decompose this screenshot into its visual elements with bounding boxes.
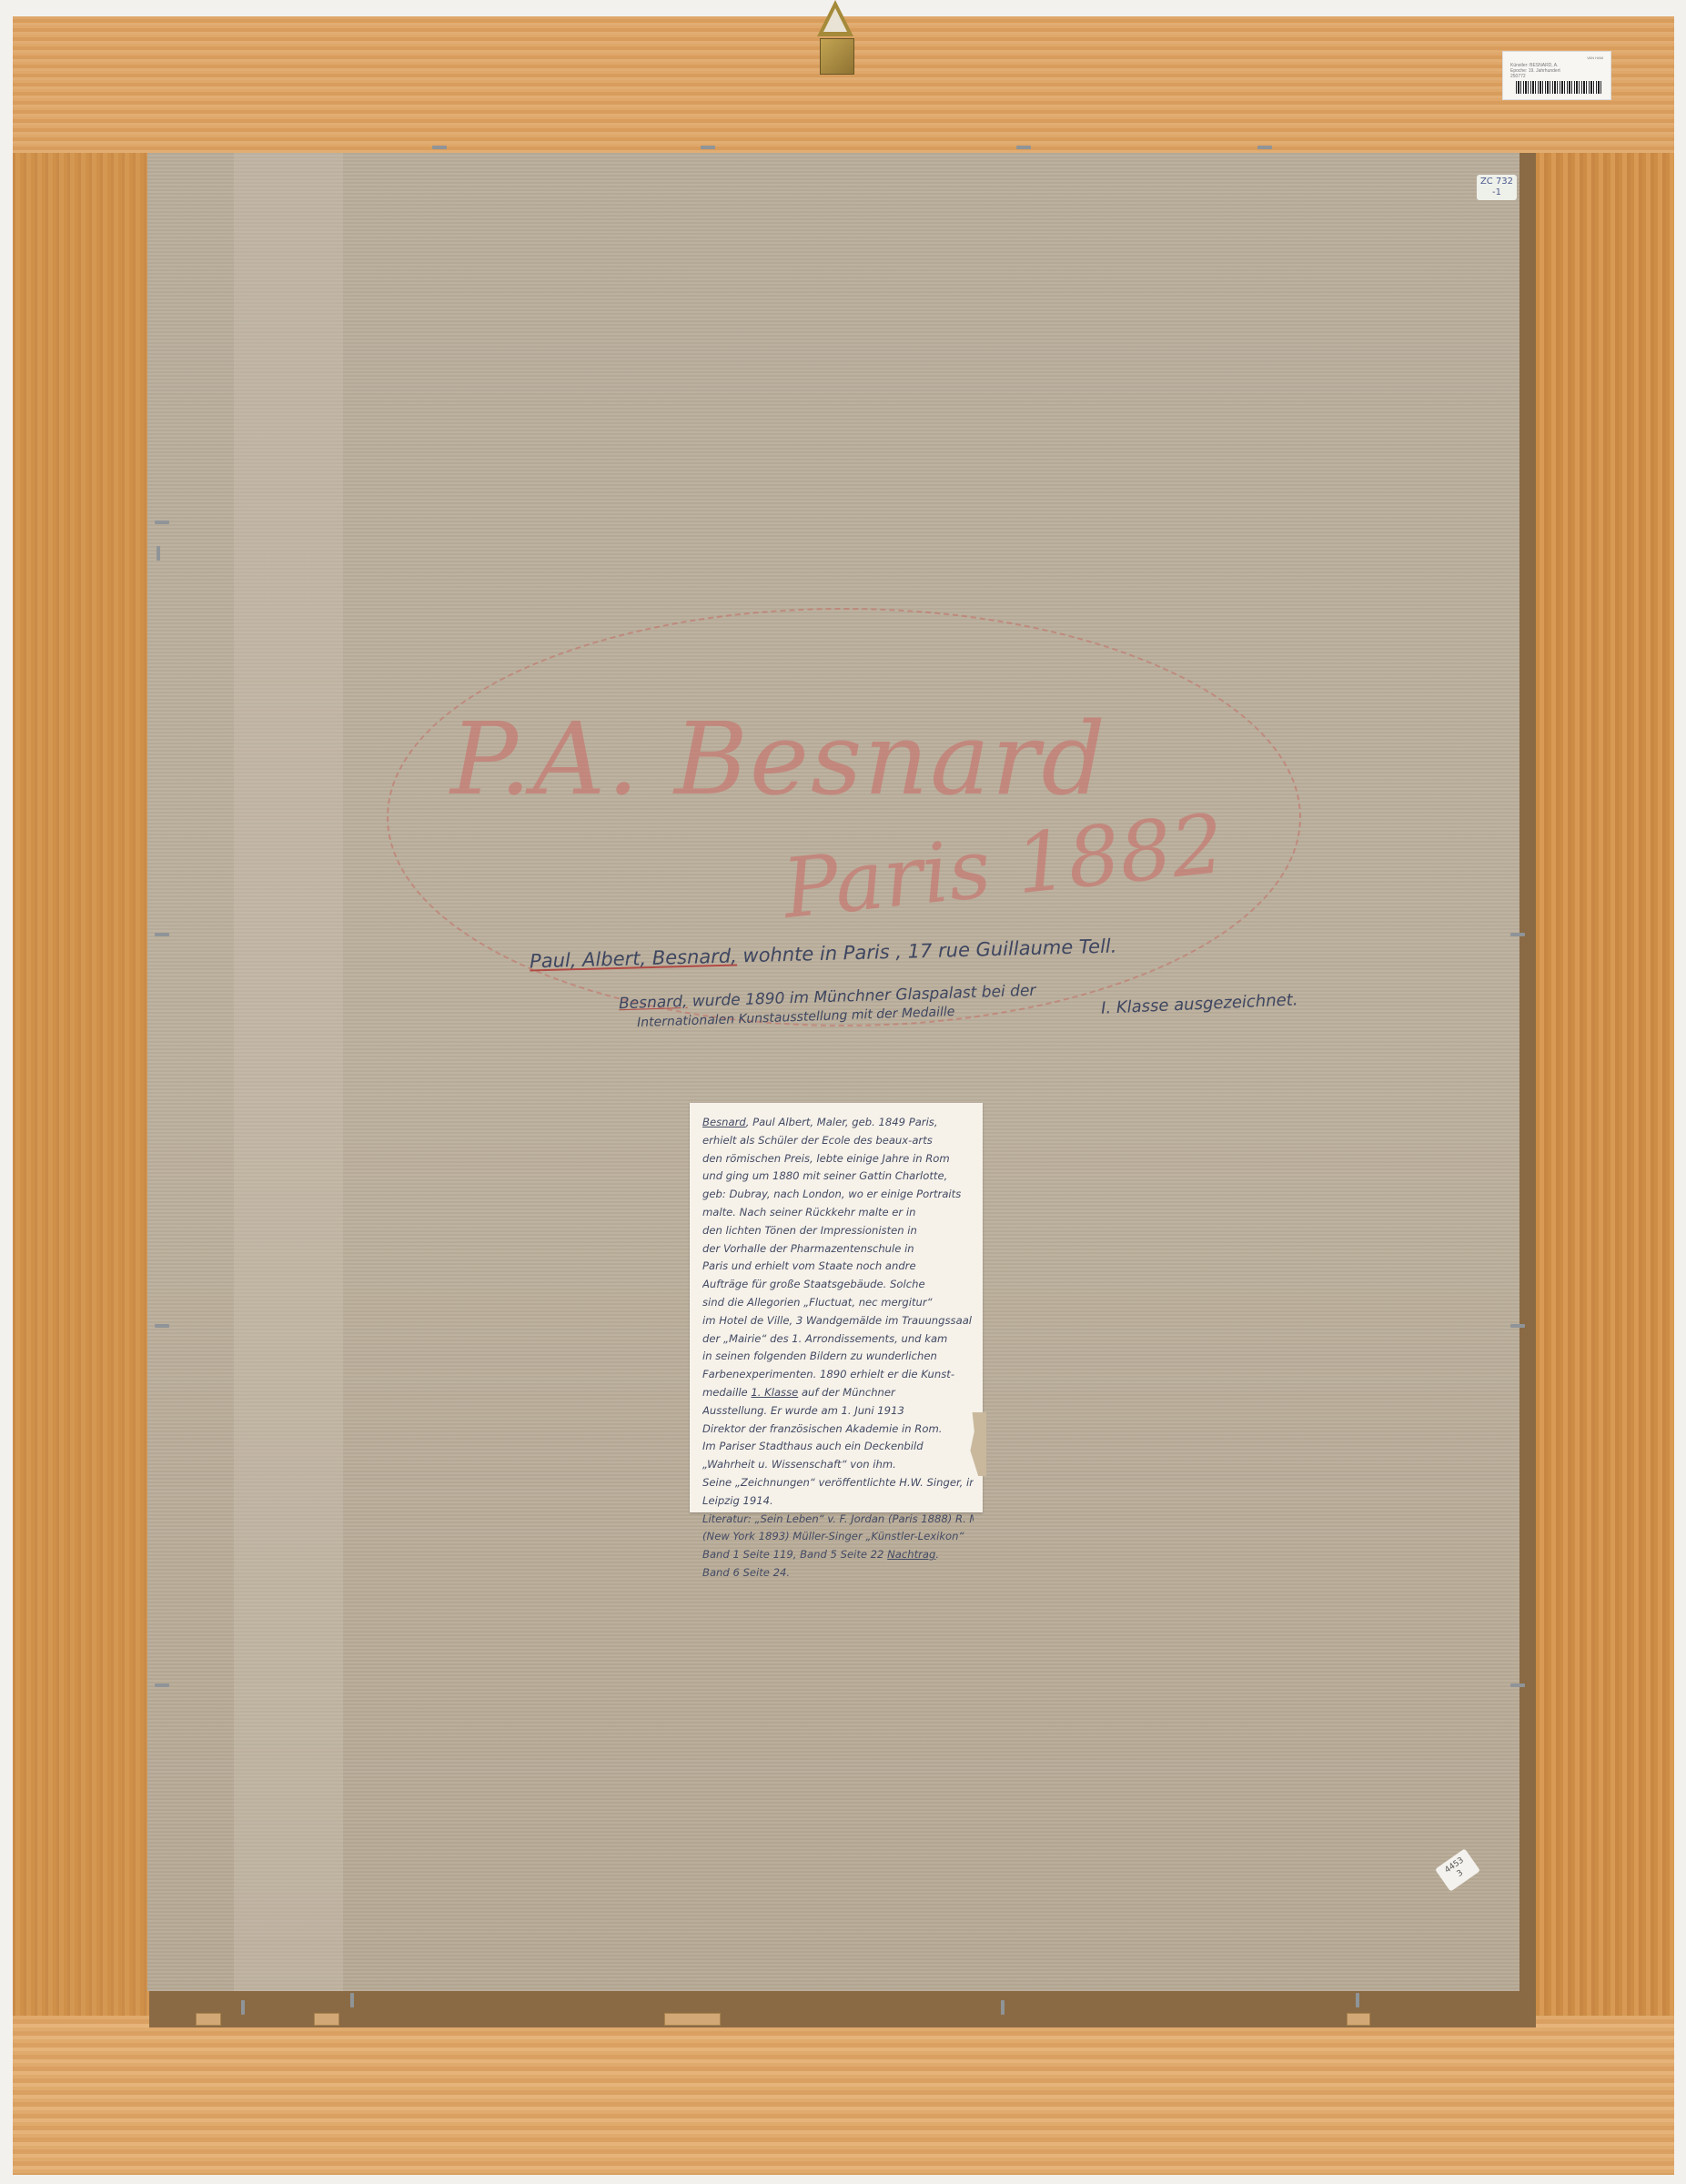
card-line: Band 1 Seite 119, Band 5 Seite 22 Nachtr… — [702, 1546, 974, 1564]
staple — [155, 1683, 169, 1687]
staple — [241, 2000, 245, 2015]
staple — [1257, 146, 1272, 149]
card-line: Paris und erhielt vom Staate noch andre — [702, 1258, 974, 1276]
hanging-hook-icon — [812, 0, 859, 73]
staple — [701, 146, 715, 149]
card-line: der Vorhalle der Pharmazentenschule in — [702, 1240, 974, 1259]
tag-line: 250772 — [1510, 74, 1560, 79]
wood-wedge — [196, 2013, 221, 2026]
card-line: Literatur: „Sein Leben“ v. F. Jordan (Pa… — [702, 1511, 974, 1529]
card-line: Besnard, Paul Albert, Maler, geb. 1849 P… — [702, 1114, 974, 1132]
tape-strip — [234, 153, 343, 1991]
staple — [1510, 933, 1525, 936]
card-line: Im Pariser Stadthaus auch ein Deckenbild — [702, 1438, 974, 1456]
frame-left-rail — [13, 16, 149, 2175]
card-line: den lichten Tönen der Impressionisten in — [702, 1222, 974, 1240]
staple — [155, 521, 169, 524]
card-line: im Hotel de Ville, 3 Wandgemälde im Trau… — [702, 1312, 974, 1330]
card-line: sind die Allegorien „Fluctuat, nec mergi… — [702, 1294, 974, 1312]
wood-wedge — [1347, 2013, 1370, 2026]
backing-board — [147, 153, 1519, 1991]
card-line: Farbenexperimenten. 1890 erhielt er die … — [702, 1366, 974, 1384]
card-line: „Wahrheit u. Wissenschaft“ von ihm. — [702, 1456, 974, 1474]
staple — [155, 1324, 169, 1328]
barcode-icon — [1516, 81, 1601, 94]
frame-right-rail — [1524, 16, 1674, 2175]
biography-card: Besnard, Paul Albert, Maler, geb. 1849 P… — [690, 1103, 983, 1512]
auction-house-logo: VAN HAM — [1587, 56, 1603, 60]
card-line: geb: Dubray, nach London, wo er einige P… — [702, 1186, 974, 1204]
staple — [1510, 1324, 1525, 1328]
inventory-label-top: ZC 732 -1 — [1477, 175, 1517, 200]
wood-wedge — [314, 2013, 339, 2026]
card-line: (New York 1893) Müller-Singer „Künstler-… — [702, 1528, 974, 1546]
card-line: und ging um 1880 mit seiner Gattin Charl… — [702, 1168, 974, 1186]
card-line: Band 6 Seite 24. — [702, 1564, 974, 1582]
crayon-signature: P.A. Besnard — [450, 701, 1107, 817]
card-line: medaille 1. Klasse auf der Münchner — [702, 1384, 974, 1402]
staple — [1016, 146, 1031, 149]
staple — [432, 146, 447, 149]
auction-barcode-tag: VAN HAM Künstler: BESNARD, A. Epoche: 19… — [1502, 51, 1611, 100]
card-line: in seinen folgenden Bildern zu wunderlic… — [702, 1348, 974, 1366]
card-line: malte. Nach seiner Rückkehr malte er in — [702, 1204, 974, 1222]
staple — [350, 1993, 354, 2007]
card-line: erhielt als Schüler der Ecole des beaux-… — [702, 1132, 974, 1150]
card-line: den römischen Preis, lebte einige Jahre … — [702, 1150, 974, 1168]
staple — [155, 933, 169, 936]
staple — [1510, 1683, 1525, 1687]
card-line: Ausstellung. Er wurde am 1. Juni 1913 — [702, 1402, 974, 1421]
card-line: Seine „Zeichnungen“ veröffentlichte H.W.… — [702, 1474, 974, 1492]
staple — [156, 546, 160, 561]
wood-wedge — [664, 2013, 721, 2026]
card-line: der „Mairie“ des 1. Arrondissements, und… — [702, 1330, 974, 1349]
staple — [1356, 1993, 1359, 2007]
card-line: Aufträge für große Staatsgebäude. Solche — [702, 1276, 974, 1294]
staple — [1001, 2000, 1005, 2015]
card-line: Leipzig 1914. — [702, 1492, 974, 1511]
card-line: Direktor der französischen Akademie in R… — [702, 1421, 974, 1439]
frame-bottom-rail — [13, 2016, 1674, 2175]
